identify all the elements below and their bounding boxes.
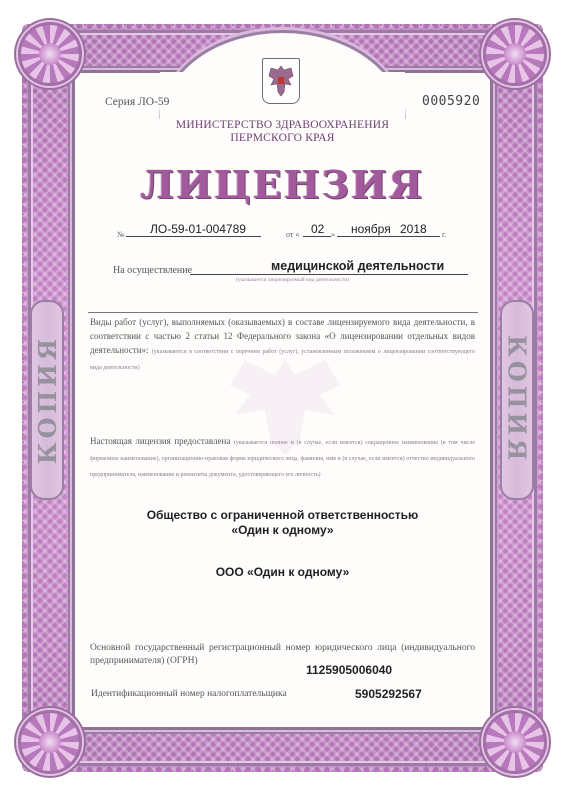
inn-value: 5905292567: [355, 687, 422, 701]
corner-rosette-icon: [483, 22, 547, 86]
license-number: ЛО-59-01-004789: [150, 222, 246, 236]
inn-label: Идентификационный номер налогоплательщик…: [91, 689, 287, 699]
coat-of-arms-icon: [262, 58, 300, 104]
license-year: 2018: [400, 222, 427, 236]
organization-full-name-line2: «Один к одному»: [0, 523, 565, 537]
number-sign: №: [117, 230, 125, 239]
activity-label: На осуществление: [113, 265, 192, 276]
corner-rosette-icon: [18, 22, 82, 86]
copy-mark-text: КОПИЯ: [33, 335, 62, 464]
ministry-name-line2: ПЕРМСКОГО КРАЯ: [0, 132, 565, 144]
license-day: 02: [311, 222, 324, 236]
copy-mark-text: КОПИЯ: [503, 335, 532, 464]
corner-rosette-icon: [18, 710, 82, 774]
ogrn-label: Основной государственный регистрационный…: [90, 642, 475, 668]
ministry-name-line1: МИНИСТЕРСТВО ЗДРАВООХРАНЕНИЯ: [0, 119, 565, 131]
year-suffix: г.: [442, 230, 446, 239]
copy-mark-right: КОПИЯ: [500, 300, 534, 500]
day-suffix: »: [331, 230, 335, 239]
organization-short-name: ООО «Один к одному»: [0, 565, 565, 579]
license-month: ноября: [351, 222, 391, 236]
copy-mark-left: КОПИЯ: [30, 300, 64, 500]
ogrn-value: 1125905006040: [306, 663, 392, 677]
blank-number: 0005920: [422, 94, 480, 109]
grantee-paragraph: Настоящая лицензия предоставлена (указыв…: [90, 434, 475, 482]
document-title: ЛИЦЕНЗИЯ: [0, 162, 565, 207]
grantee-text: Настоящая лицензия предоставлена: [90, 436, 230, 446]
corner-rosette-icon: [483, 710, 547, 774]
works-paragraph: Виды работ (услуг), выполняемых (оказыва…: [90, 315, 475, 375]
organization-full-name-line1: Общество с ограниченной ответственностью: [0, 508, 565, 522]
date-prefix: от «: [286, 230, 299, 239]
activity-caption: (указывается лицензируемый вид деятельно…: [236, 277, 349, 283]
divider: [88, 312, 478, 313]
activity-value: медицинской деятельности: [271, 259, 444, 273]
series-label: Серия ЛО-59: [105, 96, 169, 108]
